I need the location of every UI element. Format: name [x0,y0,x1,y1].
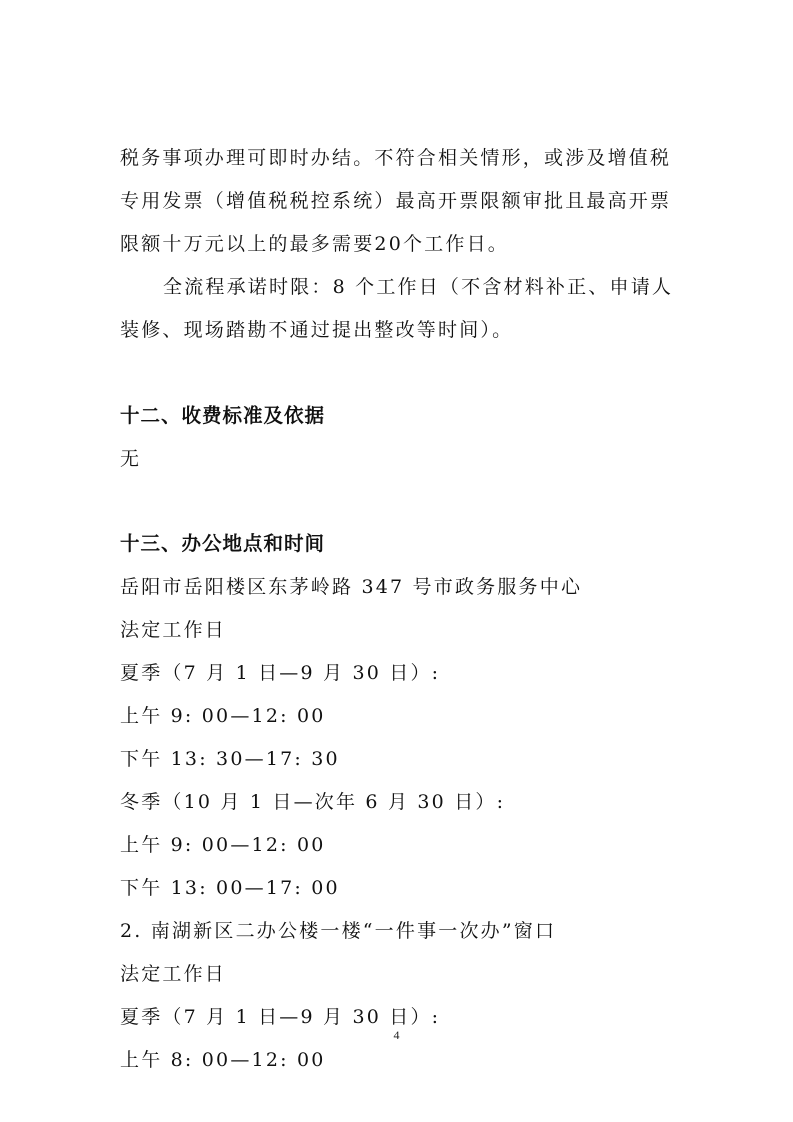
page-number: 4 [0,1028,793,1043]
winter-morning-hours: 上午 9: 00—12: 00 [120,833,326,857]
paragraph-line: 专用发票（增值税税控系统）最高开票限额审批且最高开票 [120,189,671,213]
summer-period-2: 夏季（7 月 1 日—9 月 30 日）: [120,1005,440,1029]
winter-afternoon-hours: 下午 13: 00—17: 00 [120,876,340,900]
office-address: 岳阳市岳阳楼区东茅岭路 347 号市政务服务中心 [120,575,582,599]
winter-period: 冬季（10 月 1 日—次年 6 月 30 日）: [120,790,505,814]
workday-label-2: 法定工作日 [120,962,226,986]
second-office-location: 2. 南湖新区二办公楼一楼“一件事一次办”窗口 [120,919,556,943]
summer-morning-hours: 上午 9: 00—12: 00 [120,704,326,728]
workday-label: 法定工作日 [120,618,226,642]
summer-afternoon-hours: 下午 13: 30—17: 30 [120,747,340,771]
commitment-line: 装修、现场踏勘不通过提出整改等时间）。 [120,318,513,342]
section-13-heading: 十三、办公地点和时间 [120,532,325,556]
section-12-body: 无 [120,447,141,471]
summer-period: 夏季（7 月 1 日—9 月 30 日）: [120,661,440,685]
section-12-heading: 十二、收费标准及依据 [120,404,325,428]
document-page: 税务事项办理可即时办结。不符合相关情形，或涉及增值税 专用发票（增值税税控系统）… [0,0,793,1122]
summer-morning-hours-2: 上午 8: 00—12: 00 [120,1048,326,1072]
commitment-line: 全流程承诺时限：8 个工作日（不含材料补正、申请人 [163,275,673,299]
paragraph-line: 限额十万元以上的最多需要20个工作日。 [120,232,509,256]
paragraph-line: 税务事项办理可即时办结。不符合相关情形，或涉及增值税 [120,146,671,170]
